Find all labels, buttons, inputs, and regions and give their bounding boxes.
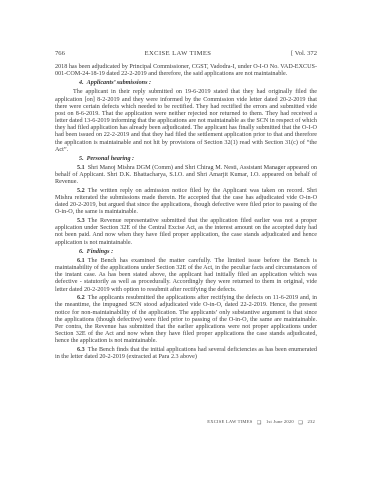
footer-date: 1st June 2020 [266, 419, 294, 424]
section-heading: 5. Personal hearing : [79, 156, 317, 163]
paragraph-number: 6.3 [77, 347, 85, 353]
paragraph: 5.1 Shri Manoj Mishra DGM (Comm) and Shr… [55, 165, 317, 186]
paragraph: 6.2 The applicants resubmitted the appli… [55, 295, 317, 345]
paragraph-number: 5.1 [77, 165, 85, 171]
paragraph-number: 6.1 [77, 258, 85, 264]
journal-page: 766 EXCISE LAW TIMES [ Vol. 372 2018 has… [0, 0, 370, 480]
paragraph: 2018 has been adjudicated by Principal C… [55, 64, 317, 78]
running-header: 766 EXCISE LAW TIMES [ Vol. 372 [55, 50, 317, 57]
header-journal-title: EXCISE LAW TIMES [145, 50, 212, 57]
body-text: 2018 has been adjudicated by Principal C… [55, 64, 317, 361]
page-footer: EXCISE LAW TIMES ❑ 1st June 2020 ❑ 232 [0, 419, 315, 426]
header-volume: [ Vol. 372 [291, 50, 317, 57]
paragraph-number: 4. [79, 80, 84, 86]
footer-box-icon: ❑ [257, 420, 262, 426]
paragraph: The applicant in their reply submitted o… [55, 89, 317, 153]
section-heading: 4. Applicants’ submissions : [79, 80, 317, 87]
paragraph-number: 5.2 [77, 188, 85, 194]
paragraph: 5.3 The Revenue representative submitted… [55, 218, 317, 247]
paragraph-number: 5.3 [77, 218, 85, 224]
header-page-number: 766 [55, 50, 65, 57]
footer-sheet-number: 232 [308, 419, 316, 424]
paragraph-number: 6. [79, 249, 84, 255]
paragraph: 5.2 The written reply on admission notic… [55, 188, 317, 217]
paragraph: 6.3 The Bench finds that the initial app… [55, 347, 317, 361]
paragraph-number: 6.2 [77, 295, 85, 301]
footer-journal: EXCISE LAW TIMES [207, 419, 252, 424]
section-heading: 6. Findings : [79, 249, 317, 256]
paragraph: 6.1 The Bench has examined the matter ca… [55, 258, 317, 294]
paragraph-number: 5. [79, 156, 84, 162]
footer-box-icon: ❑ [298, 420, 303, 426]
page-content: 766 EXCISE LAW TIMES [ Vol. 372 2018 has… [55, 50, 317, 363]
